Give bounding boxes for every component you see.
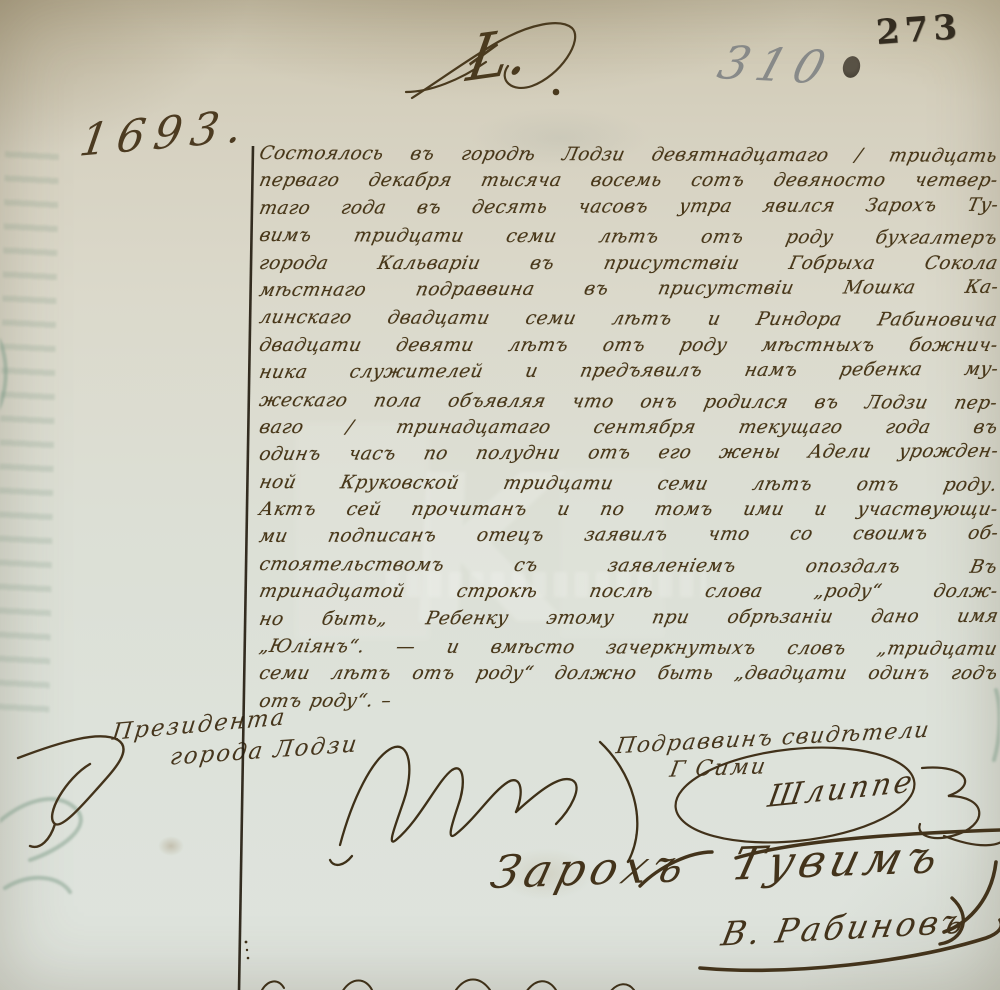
president-signature: [330, 742, 637, 865]
scanned-record-page: K 273 310 Ł. 1693. Состоялось въ городѣ …: [0, 0, 1000, 990]
paraph-swash: [406, 23, 575, 98]
next-record-strokes: [262, 980, 634, 990]
father-signature-swash: [640, 830, 1000, 944]
ink-dots: [245, 941, 250, 960]
witness-signature-underline: [700, 862, 1000, 970]
margin-rule: [239, 146, 253, 990]
rabbi-signature-oval: [671, 737, 1000, 854]
ink-flourishes-overlay: [0, 0, 1000, 990]
deputy-prefix-flourish: [18, 736, 124, 847]
